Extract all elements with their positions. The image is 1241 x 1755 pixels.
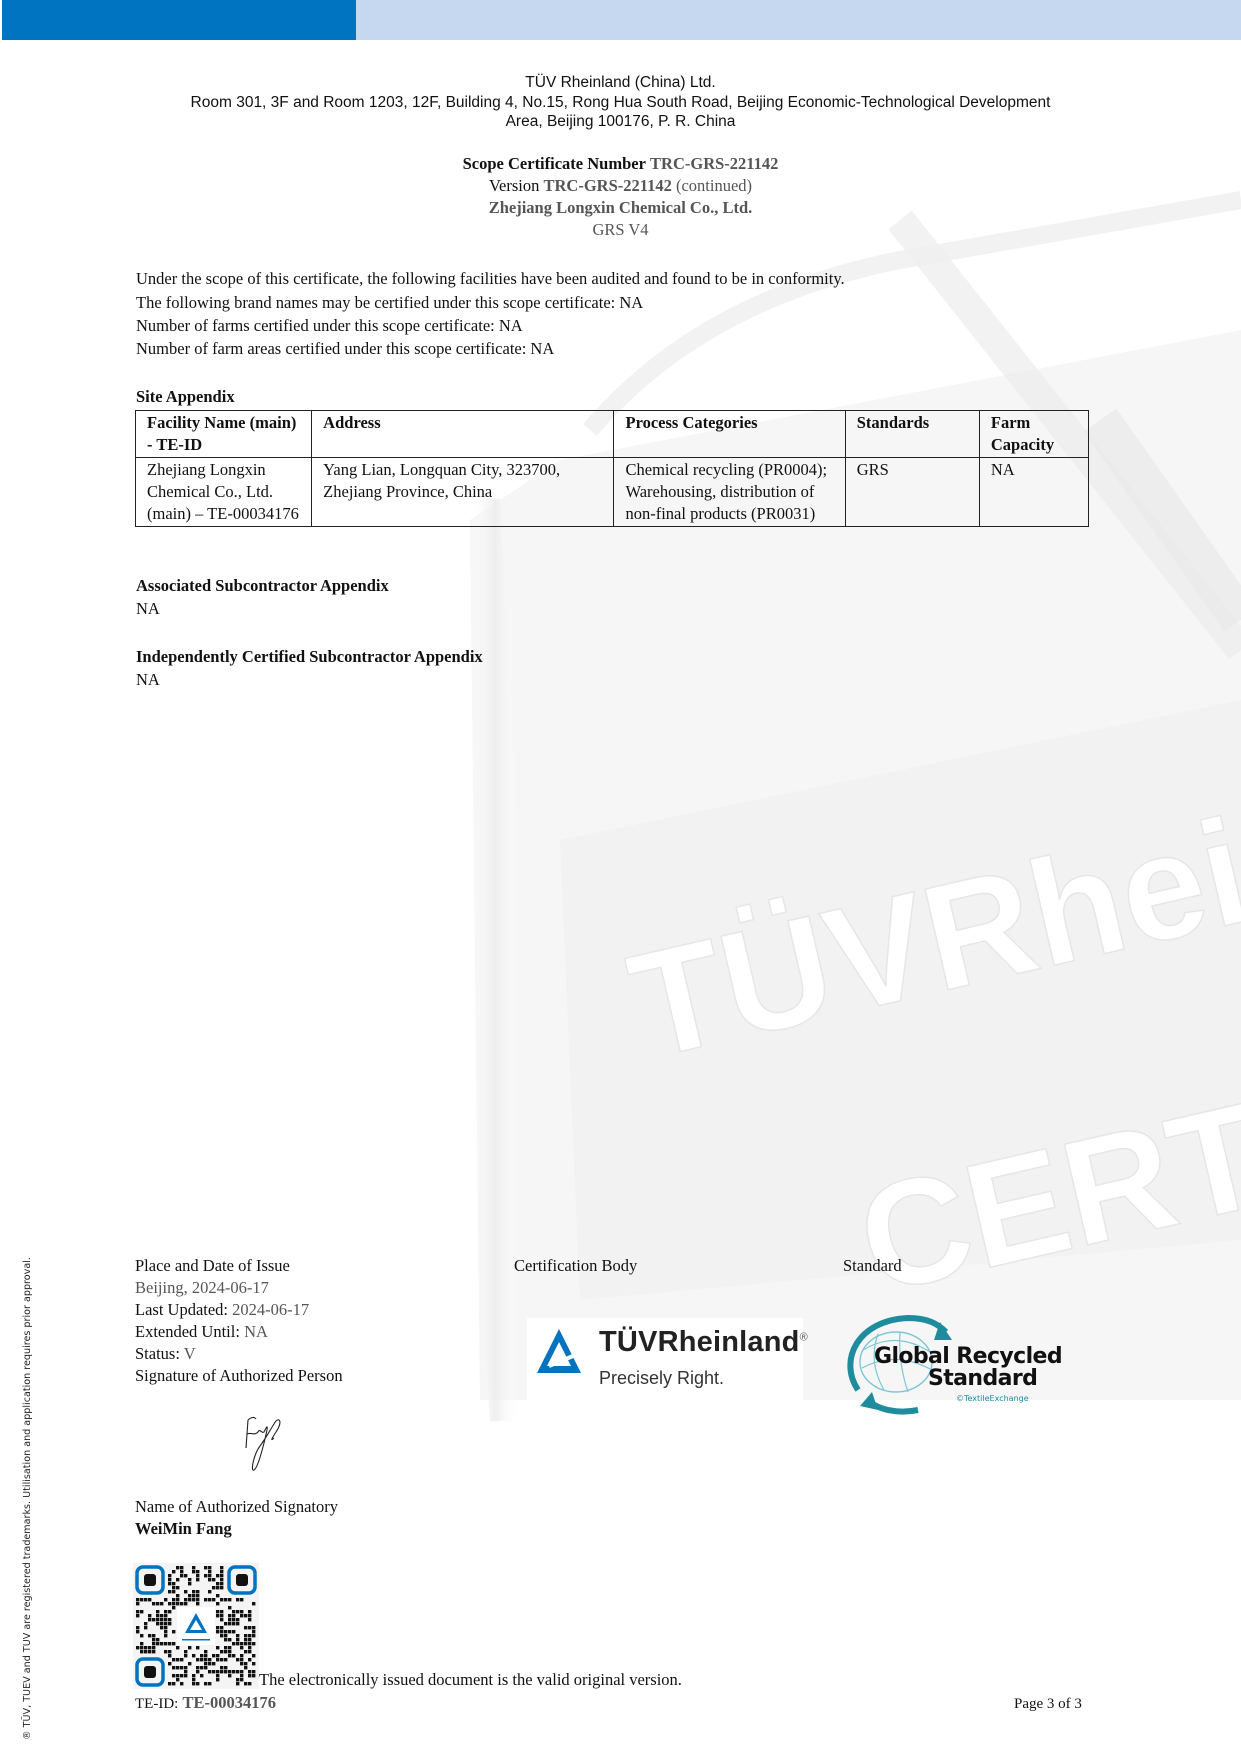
continued-note: (continued) — [676, 176, 752, 195]
watermark-text-2: CERTIF — [844, 1040, 1241, 1326]
table-header-row: Facility Name (main) - TE-ID Address Pro… — [136, 411, 1089, 458]
cell-facility: Zhejiang Longxin Chemical Co., Ltd. (mai… — [136, 458, 312, 527]
intro-line-1: Under the scope of this certificate, the… — [136, 267, 845, 291]
site-appendix-title: Site Appendix — [136, 385, 235, 409]
top-banner-accent — [2, 0, 356, 40]
standard-label: Standard — [843, 1255, 902, 1277]
page-number: Page 3 of 3 — [1014, 1693, 1082, 1715]
intro-line-4: Number of farm areas certified under thi… — [136, 337, 554, 361]
signature-image — [240, 1410, 310, 1480]
col-farm-capacity: Farm Capacity — [979, 411, 1088, 458]
col-facility: Facility Name (main) - TE-ID — [136, 411, 312, 458]
extended-until-label: Extended Until: — [135, 1322, 240, 1341]
cell-address: Yang Lian, Longquan City, 323700, Zhejia… — [312, 458, 614, 527]
issue-place-date: Beijing, 2024-06-17 — [135, 1277, 269, 1299]
grs-logo-line2: Standard — [874, 1368, 1062, 1390]
footer-teid-line: TE-ID: TE-00034176 — [135, 1692, 276, 1715]
certificate-number: TRC-GRS-221142 — [650, 154, 778, 173]
issuer-address-line2: Area, Beijing 100176, P. R. China — [0, 112, 1241, 131]
version-number: TRC-GRS-221142 — [544, 176, 672, 195]
status-label: Status: — [135, 1344, 180, 1363]
grs-logo-credit: ©TextileExchange — [956, 1394, 1029, 1403]
tuv-triangle-icon — [533, 1326, 585, 1378]
tuv-reg-mark: ® — [800, 1331, 808, 1343]
certificate-standard: GRS V4 — [0, 219, 1241, 241]
status-line: Status: V — [135, 1343, 196, 1365]
watermark-text-1: TÜVRhein — [616, 766, 1241, 1091]
last-updated-label: Last Updated: — [135, 1300, 228, 1319]
site-appendix-table: Facility Name (main) - TE-ID Address Pro… — [135, 410, 1089, 527]
valid-original-note: The electronically issued document is th… — [259, 1669, 682, 1691]
certificate-number-line: Scope Certificate Number TRC-GRS-221142 — [0, 153, 1241, 175]
signatory-label: Name of Authorized Signatory — [135, 1496, 338, 1518]
tuv-watermark: TÜVRhein CERTIF — [0, 0, 1241, 1755]
cell-process: Chemical recycling (PR0004); Warehousing… — [614, 458, 845, 527]
certificate-number-label: Scope Certificate Number — [463, 154, 646, 173]
grs-logo-line1: Global Recycled — [874, 1346, 1062, 1368]
issuer-address-line1: Room 301, 3F and Room 1203, 12F, Buildin… — [0, 93, 1241, 112]
col-process: Process Categories — [614, 411, 845, 458]
version-line: Version TRC-GRS-221142 (continued) — [0, 175, 1241, 197]
col-standards: Standards — [845, 411, 979, 458]
extended-until-line: Extended Until: NA — [135, 1321, 268, 1343]
extended-until-value: NA — [244, 1322, 268, 1341]
col-address: Address — [312, 411, 614, 458]
last-updated-value: 2024-06-17 — [232, 1300, 309, 1319]
qr-pattern — [133, 1563, 259, 1689]
verification-qr-code[interactable] — [133, 1563, 259, 1689]
intro-line-3: Number of farms certified under this sco… — [136, 314, 523, 338]
version-label: Version — [489, 176, 539, 195]
signature-label: Signature of Authorized Person — [135, 1365, 343, 1387]
tuv-rheinland-logo: TÜVRheinland® Precisely Right. — [527, 1318, 803, 1402]
table-row: Zhejiang Longxin Chemical Co., Ltd. (mai… — [136, 458, 1089, 527]
last-updated-line: Last Updated: 2024-06-17 — [135, 1299, 309, 1321]
certification-body-label: Certification Body — [514, 1255, 637, 1277]
intro-line-2: The following brand names may be certifi… — [136, 291, 643, 315]
issuer-name: TÜV Rheinland (China) Ltd. — [0, 73, 1241, 92]
tuv-logo-name: TÜVRheinland — [599, 1326, 800, 1358]
cell-farm-capacity: NA — [979, 458, 1088, 527]
certificate-holder: Zhejiang Longxin Chemical Co., Ltd. — [0, 197, 1241, 219]
signatory-name: WeiMin Fang — [135, 1518, 232, 1540]
footer-teid-value: TE-00034176 — [182, 1693, 276, 1712]
footer-teid-label: TE-ID: — [135, 1696, 178, 1712]
independent-subcontractor-title: Independently Certified Subcontractor Ap… — [136, 645, 483, 669]
tuv-logo-tagline: Precisely Right. — [599, 1368, 724, 1389]
top-banner — [2, 0, 1241, 40]
cell-standards: GRS — [845, 458, 979, 527]
status-value: V — [184, 1344, 196, 1363]
independent-subcontractor-value: NA — [136, 668, 160, 692]
trademark-note: ® TÜV, TUEV and TUV are registered trade… — [22, 1257, 33, 1740]
associated-subcontractor-title: Associated Subcontractor Appendix — [136, 574, 389, 598]
associated-subcontractor-value: NA — [136, 597, 160, 621]
grs-logo: Global Recycled Standard ©TextileExchang… — [838, 1310, 1068, 1420]
issue-label: Place and Date of Issue — [135, 1255, 290, 1277]
